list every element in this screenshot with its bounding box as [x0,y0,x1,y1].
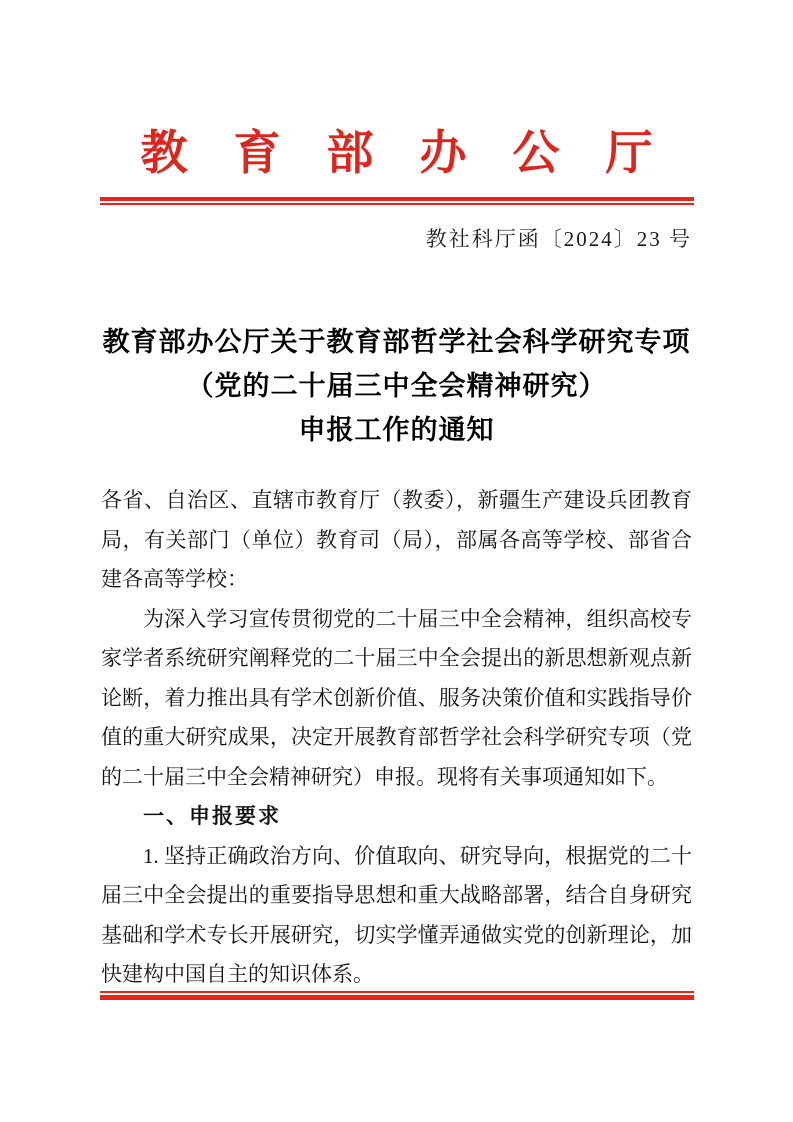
body-line-1: 各省、自治区、直辖市教育厅（教委），新疆生产建设兵团教育 [101,481,692,521]
letterhead-rule-thin [100,203,694,205]
body-line-4: 为深入学习宣传贯彻党的二十届三中全会精神，组织高校专 [101,600,692,640]
body-line-5: 家学者系统研究阐释党的二十届三中全会提出的新思想新观点新 [101,639,692,679]
notice-body: 各省、自治区、直辖市教育厅（教委），新疆生产建设兵团教育 局，有关部门（单位）教… [101,481,692,995]
notice-title: 教育部办公厅关于教育部哲学社会科学研究专项 （党的二十届三中全会精神研究） 申报… [101,320,692,452]
section-heading-1: 一、申报要求 [101,797,692,837]
footer-rule-thick [100,995,694,1000]
document-number: 教社科厅函〔2024〕23 号 [101,224,692,254]
agency-name: 教育部办公厅 [141,126,699,182]
body-line-11: 届三中全会提出的重要指导思想和重大战略部署，结合自身研究 [101,876,692,916]
body-line-12: 基础和学术专长开展研究，切实学懂弄通做实党的创新理论，加 [101,916,692,956]
body-line-8: 的二十届三中全会精神研究）申报。现将有关事项通知如下。 [101,758,692,798]
body-line-6: 论断，着力推出具有学术创新价值、服务决策价值和实践指导价 [101,679,692,719]
body-line-13: 快建构中国自主的知识体系。 [101,955,692,995]
notice-title-line-2: （党的二十届三中全会精神研究） [101,364,692,408]
notice-title-line-3: 申报工作的通知 [101,408,692,452]
document-page: 教育部办公厅 教社科厅函〔2024〕23 号 教育部办公厅关于教育部哲学社会科学… [0,0,793,1122]
body-line-10: 1. 坚持正确政治方向、价值取向、研究导向，根据党的二十 [101,837,692,877]
notice-title-line-1: 教育部办公厅关于教育部哲学社会科学研究专项 [101,320,692,364]
body-line-7: 值的重大研究成果，决定开展教育部哲学社会科学研究专项（党 [101,718,692,758]
body-line-3: 建各高等学校： [101,560,692,600]
footer-rule [100,991,694,1000]
letterhead-rule [100,197,694,205]
letterhead: 教育部办公厅 [0,126,793,182]
body-line-2: 局，有关部门（单位）教育司（局），部属各高等学校、部省合 [101,521,692,561]
